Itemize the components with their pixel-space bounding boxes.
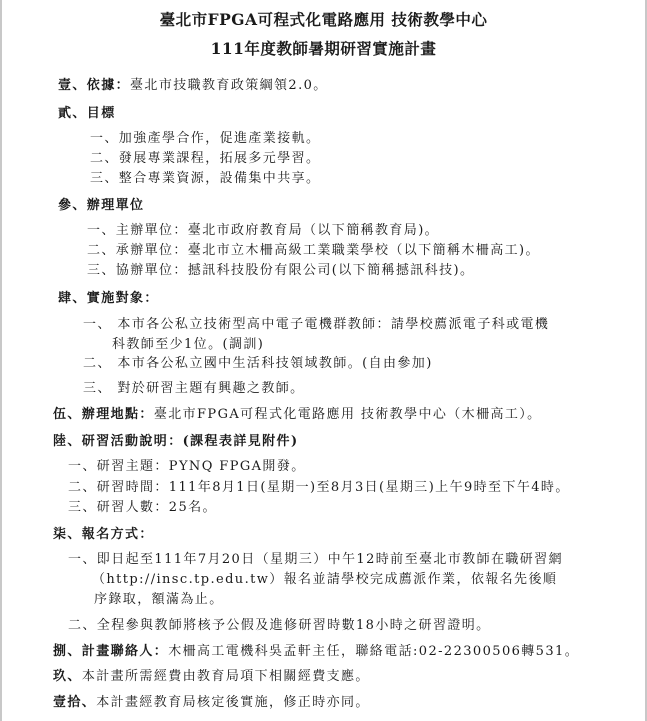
- list-item: 一、加強產學合作，促進產業接軌。: [90, 131, 320, 147]
- section-venue: 伍、辦理地點：臺北市FPGA可程式化電路應用 技術教學中心（木柵高工）。: [53, 407, 542, 423]
- document-title: 臺北市FPGA可程式化電路應用 技術教學中心: [0, 8, 647, 30]
- list-item-continuation: （http://insc.tp.edu.tw）報名並請學校完成薦派作業，依報名先…: [92, 572, 557, 588]
- section-text: 臺北市FPGA可程式化電路應用 技術教學中心（木柵高工）。: [154, 407, 542, 422]
- section-text: 木柵高工電機科吳孟軒主任，聯絡電話:02-22300506轉531。: [168, 644, 579, 659]
- section-contact: 捌、計畫聯絡人：木柵高工電機科吳孟軒主任，聯絡電話:02-22300506轉53…: [53, 644, 579, 660]
- section-label: 伍、辦理地點：: [53, 407, 154, 422]
- list-item: 二、研習時間：111年8月1日(星期一)至8月3日(星期三)上午9時至下午4時。: [68, 480, 570, 496]
- section-approval: 壹拾、本計畫經教育局核定後實施，修正時亦同。: [53, 695, 370, 711]
- section-text: 本計畫所需經費由教育局項下相關經費支應。: [82, 669, 370, 684]
- list-item: 三、 對於研習主題有興趣之教師。: [83, 381, 305, 397]
- document-subtitle: 111年度教師暑期研習實施計畫: [0, 37, 647, 59]
- section-basis: 壹、依據：臺北市技職教育政策綱領2.0。: [58, 78, 328, 94]
- section-activity-heading: 陸、研習活動說明：(課程表詳見附件): [53, 434, 299, 450]
- section-label: 玖、: [53, 669, 82, 684]
- list-item: 三、整合專業資源，設備集中共享。: [90, 171, 320, 187]
- section-label: 捌、計畫聯絡人：: [53, 644, 168, 659]
- section-registration-heading: 柒、報名方式：: [53, 527, 154, 543]
- section-label: 壹、依據：: [58, 78, 130, 93]
- list-item-continuation: 科教師至少1位。(調訓): [112, 337, 264, 353]
- list-item: 三、研習人數：25名。: [68, 500, 217, 516]
- section-text: 臺北市技職教育政策綱領2.0。: [130, 78, 328, 93]
- list-item: 一、研習主題：PYNQ FPGA開發。: [68, 459, 306, 475]
- section-funding: 玖、本計畫所需經費由教育局項下相關經費支應。: [53, 669, 370, 685]
- list-item: 一、主辦單位：臺北市政府教育局（以下簡稱教育局)。: [87, 223, 439, 239]
- list-item: 一、 本市各公私立技術型高中電子電機群教師：請學校薦派電子科或電機: [83, 317, 549, 333]
- section-goals-heading: 貳、目標: [58, 106, 116, 122]
- list-item-continuation: 序錄取，額滿為止。: [94, 592, 224, 608]
- list-item: 二、發展專業課程，拓展多元學習。: [90, 151, 320, 167]
- list-item: 二、全程參與教師將核予公假及進修研習時數18小時之研習證明。: [68, 618, 491, 634]
- section-targets-heading: 肆、實施對象：: [58, 291, 159, 307]
- list-item: 一、即日起至111年7月20日（星期三）中午12時前至臺北市教師在職研習網: [68, 552, 563, 568]
- list-item: 三、協辦單位：撼訊科技股份有限公司(以下簡稱撼訊科技)。: [87, 263, 474, 279]
- section-label: 壹拾、: [53, 695, 96, 710]
- section-text: 本計畫經教育局核定後實施，修正時亦同。: [96, 695, 370, 710]
- list-item: 二、 本市各公私立國中生活科技領域教師。(自由參加): [83, 356, 433, 372]
- section-organizers-heading: 參、辦理單位: [58, 198, 144, 214]
- page-border-left: [0, 0, 2, 721]
- list-item: 二、承辦單位：臺北市立木柵高級工業職業學校（以下簡稱木柵高工)。: [87, 243, 540, 259]
